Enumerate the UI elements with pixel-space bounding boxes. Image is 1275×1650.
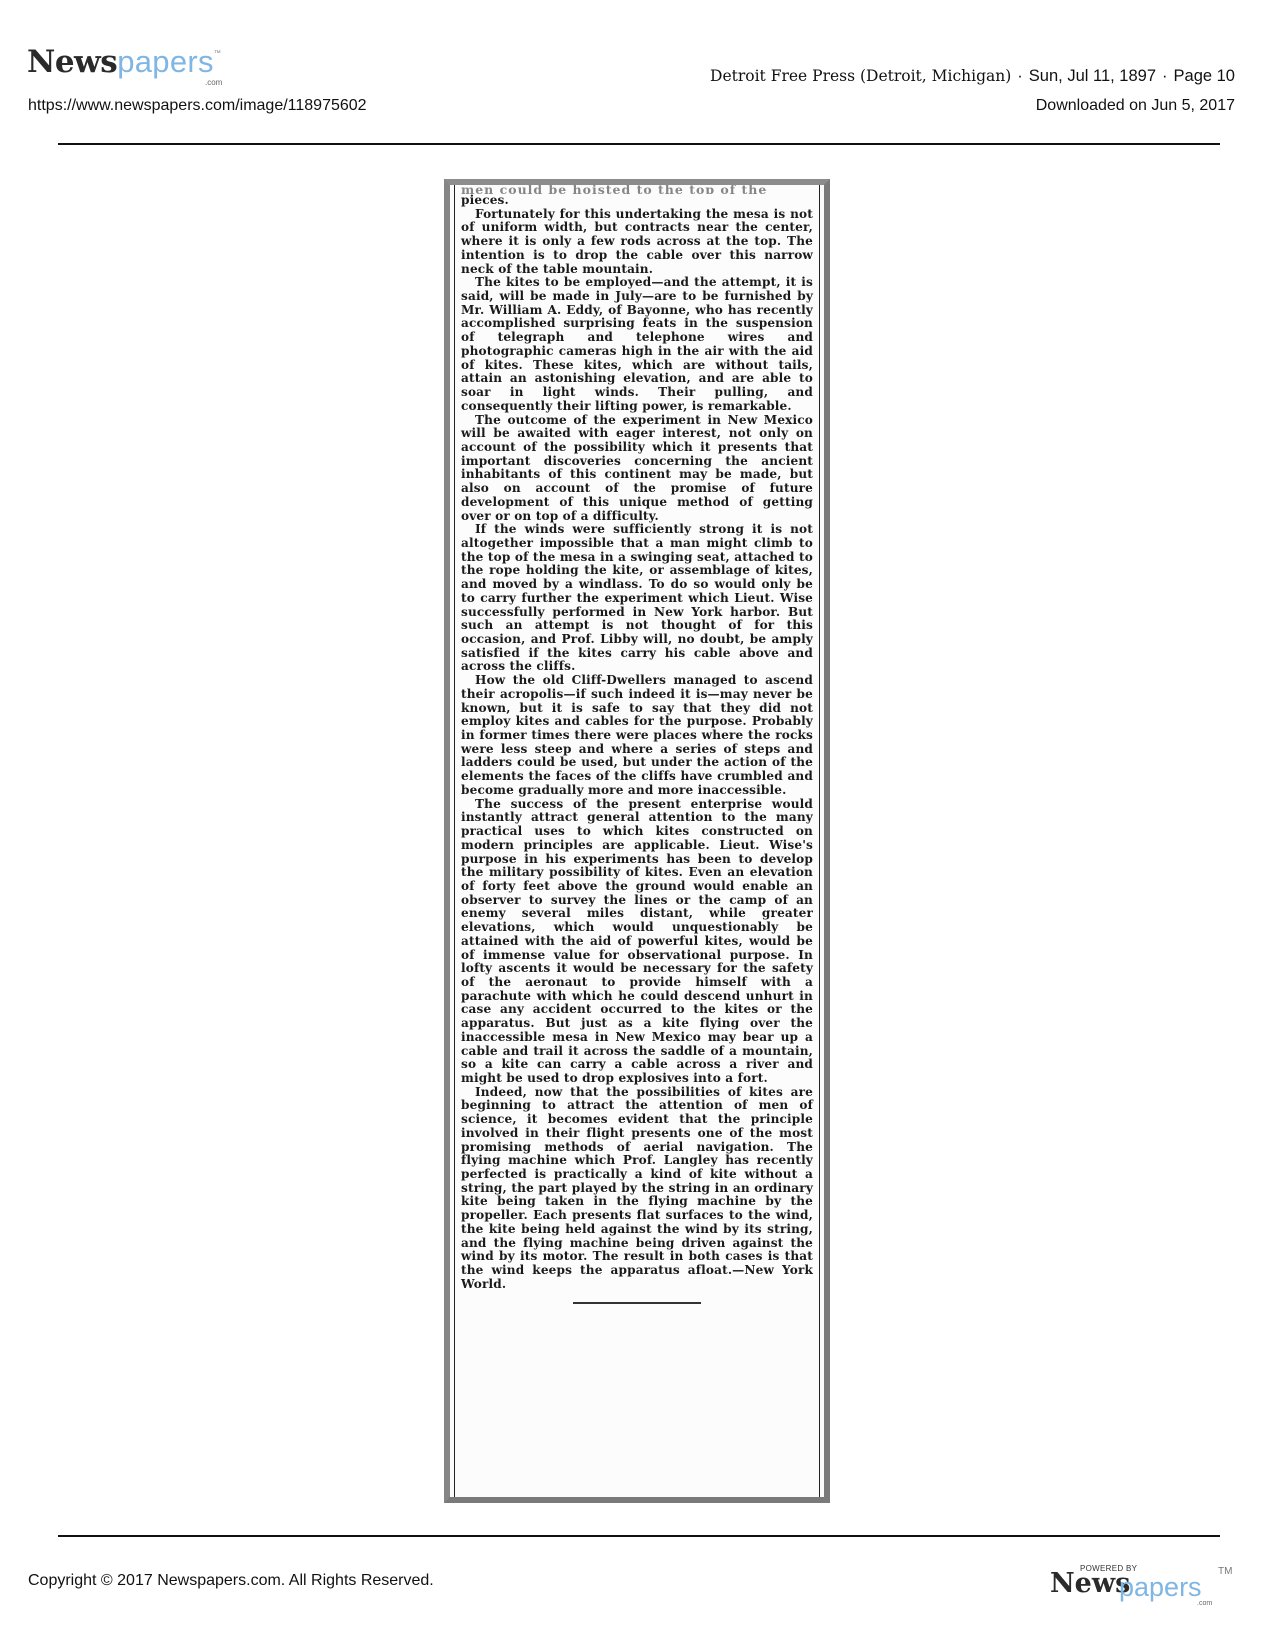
clipping-column: men could be hoisted to the top of the p… (454, 185, 820, 1497)
download-date: Downloaded on Jun 5, 2017 (1036, 97, 1235, 115)
article-paragraph: The kites to be employed—and the attempt… (461, 276, 813, 413)
logo-tm: ™ (214, 50, 221, 57)
article-paragraph: The success of the present enterprise wo… (461, 798, 813, 1086)
footer-logo-papers: papers (1119, 1572, 1202, 1603)
article-paragraph: If the winds were sufficiently strong it… (461, 523, 813, 674)
footer-logo-tm: TM (1218, 1566, 1232, 1577)
article-paragraph: The outcome of the experiment in New Mex… (461, 414, 813, 524)
separator: · (1162, 67, 1168, 85)
header-divider (58, 143, 1220, 145)
article-text: pieces.Fortunately for this undertaking … (455, 194, 819, 1292)
newspapers-logo: Newspapers™ .com (27, 44, 221, 88)
newspaper-clipping: men could be hoisted to the top of the p… (444, 179, 830, 1503)
powered-by-newspapers-logo: POWERED BY News papers TM .com (1050, 1562, 1240, 1612)
article-paragraph: How the old Cliff-Dwellers managed to as… (461, 674, 813, 797)
article-paragraph: Indeed, now that the possibilities of ki… (461, 1086, 813, 1292)
logo-dotcom: .com (205, 78, 222, 87)
article-paragraph: Fortunately for this undertaking the mes… (461, 208, 813, 277)
logo-news: News (27, 44, 117, 80)
publication-info: Detroit Free Press (Detroit, Michigan)·S… (710, 67, 1235, 86)
page-number: Page 10 (1174, 67, 1235, 85)
footer-divider (58, 1535, 1220, 1537)
footer-logo-dotcom: .com (1197, 1600, 1212, 1607)
cut-off-line: men could be hoisted to the top of the p… (461, 185, 813, 194)
publication-name: Detroit Free Press (Detroit, Michigan) (710, 67, 1011, 85)
article-paragraph: pieces. (461, 194, 813, 208)
copyright-notice: Copyright © 2017 Newspapers.com. All Rig… (28, 1572, 434, 1590)
logo-papers: papers (117, 44, 214, 79)
image-url: https://www.newspapers.com/image/1189756… (28, 97, 367, 115)
publication-date: Sun, Jul 11, 1897 (1029, 67, 1156, 85)
separator: · (1017, 67, 1023, 85)
article-end-rule (573, 1302, 701, 1304)
